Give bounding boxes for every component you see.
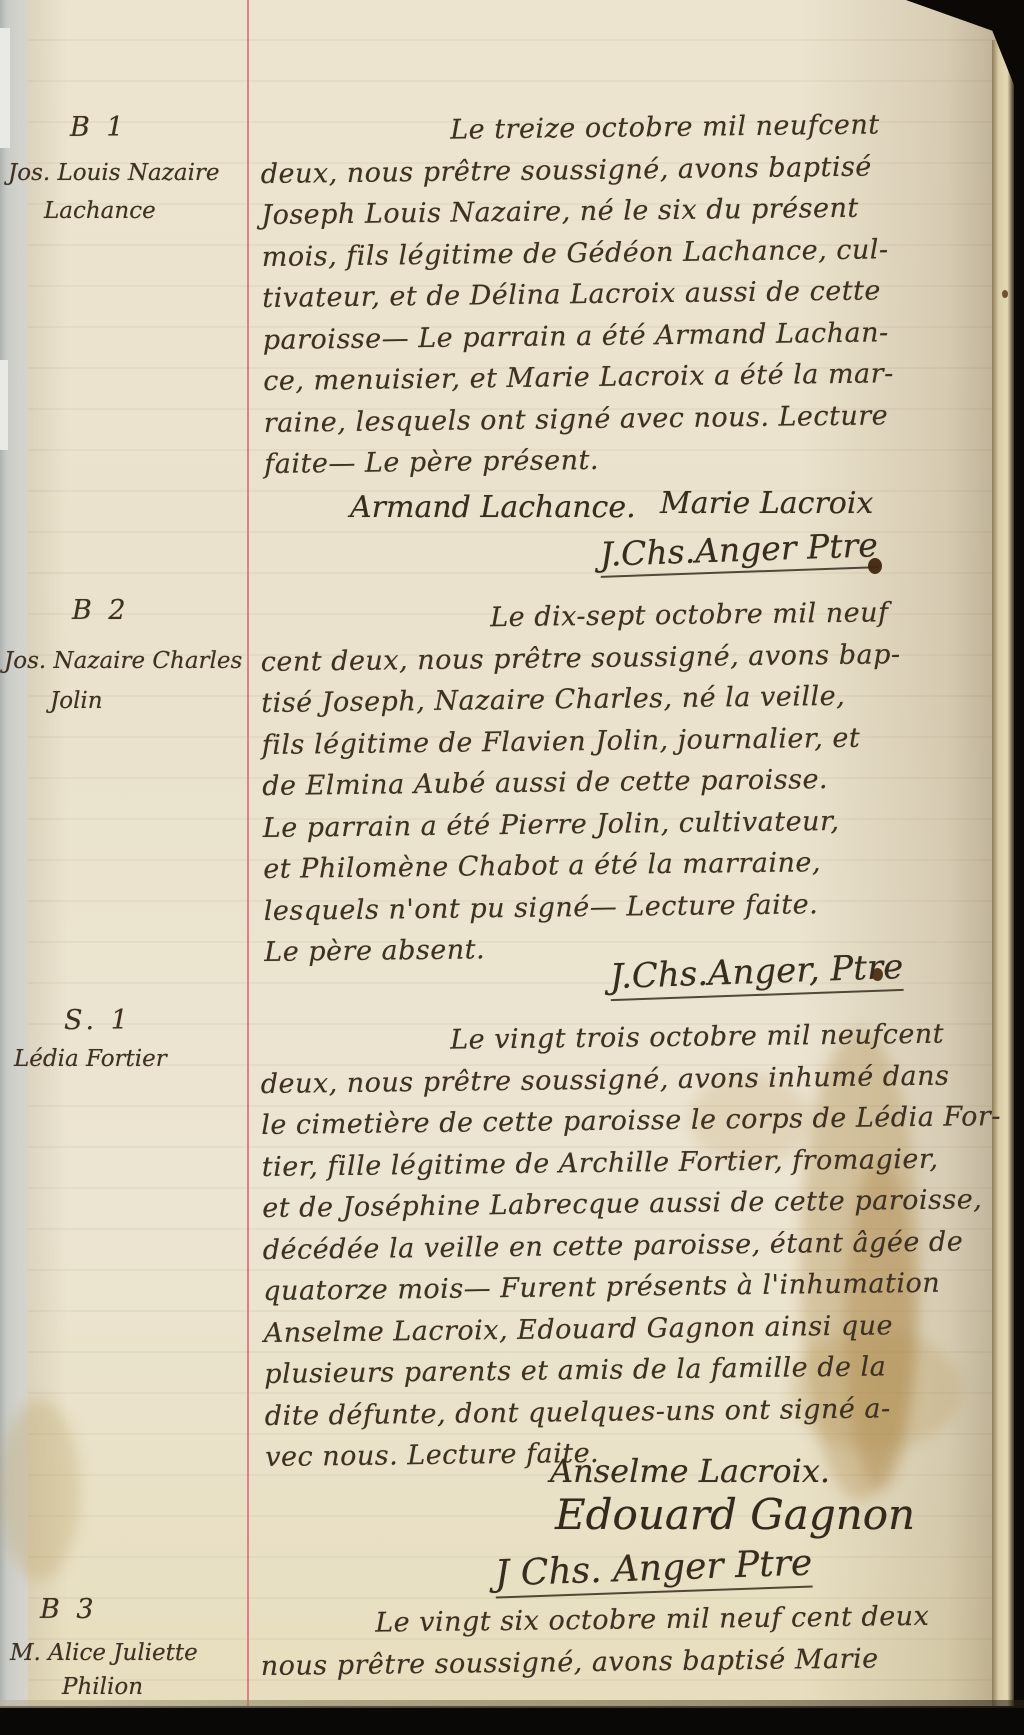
margin-entry-code: S. 1 — [64, 1005, 132, 1036]
record-body: Le vingt six octobre mil neuf cent deux … — [260, 1596, 930, 1687]
witness-signature: Anselme Lacroix. — [550, 1452, 830, 1490]
record-body: Le dix-sept octobre mil neuf cent deux, … — [260, 592, 904, 973]
margin-entry-code: B 3 — [40, 1594, 98, 1625]
record-body: Le vingt trois octobre mil neufcent deux… — [260, 1013, 1005, 1479]
margin-entry-name: M. Alice Juliette — [10, 1640, 198, 1666]
body-line: et Philomène Chabot a été la marraine, — [263, 841, 903, 890]
body-line: lesquels n'ont pu signé— Lecture faite. — [264, 883, 904, 932]
margin-entry-code: B 1 — [70, 112, 128, 143]
body-line: ce, menuisier, et Marie Lacroix a été la… — [263, 353, 894, 402]
margin-entry-name: Jos. Nazaire Charles — [4, 648, 242, 674]
body-line: faite— Le père présent. — [264, 436, 895, 485]
water-stain — [0, 1400, 80, 1580]
margin-entry-code: B 2 — [72, 595, 130, 626]
page-edge-sliver — [0, 28, 10, 148]
witness-signature: Edouard Gagnon — [555, 1490, 915, 1539]
ink-blot — [1002, 290, 1008, 298]
body-line: Le dix-sept octobre mil neuf — [260, 592, 900, 641]
register-page-scan: B 1 Jos. Louis Nazaire Lachance Le treiz… — [0, 0, 1024, 1735]
body-line: de Elmina Aubé aussi de cette paroisse. — [262, 758, 902, 807]
body-line: tisé Joseph, Nazaire Charles, né la veil… — [261, 675, 901, 724]
margin-entry-name: Jos. Louis Nazaire — [8, 160, 220, 186]
body-line: raine, lesquels ont signé avec nous. Lec… — [264, 395, 895, 444]
margin-entry-name: Lédia Fortier — [14, 1046, 167, 1072]
body-line: Joseph Louis Nazaire, né le six du prése… — [261, 187, 892, 236]
body-line: tivateur, et de Délina Lacroix aussi de … — [262, 270, 893, 319]
record-body: Le treize octobre mil neufcent deux, nou… — [260, 104, 895, 485]
margin-entry-name: Jolin — [50, 688, 103, 714]
red-margin-rule — [247, 0, 249, 1712]
witness-signature: Marie Lacroix — [660, 486, 873, 521]
margin-entry-name: Lachance — [44, 198, 156, 224]
binding-bottom-edge — [0, 1706, 1024, 1735]
body-line: nous prêtre soussigné, avons baptisé Mar… — [261, 1637, 931, 1687]
body-line: Le treize octobre mil neufcent — [260, 104, 891, 153]
page-edge-sliver — [0, 360, 8, 450]
witness-signature: Armand Lachance. — [350, 490, 636, 525]
binding-shadow-right — [1014, 0, 1024, 1735]
margin-entry-name: Philion — [62, 1674, 143, 1700]
